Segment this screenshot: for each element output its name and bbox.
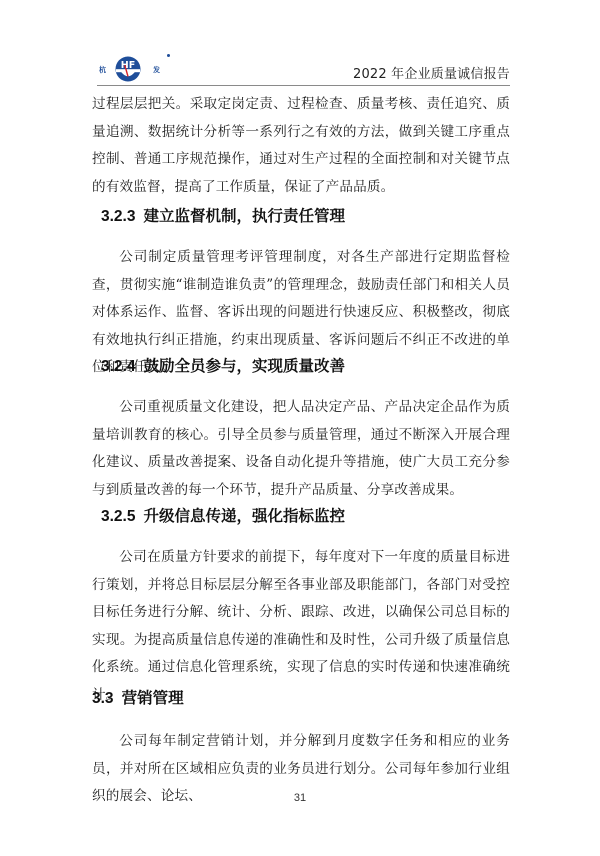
section-paragraph-3-2-4: 公司重视质量文化建设，把人品决定产品、产品决定企品作为质量培训教育的核心。引导全… bbox=[92, 394, 510, 504]
intro-paragraph: 过程层层把关。采取定岗定责、过程检查、质量考核、责任追究、质量追溯、数据统计分析… bbox=[92, 91, 510, 201]
section-heading-3-2-3: 3.2.3建立监督机制，执行责任管理 bbox=[101, 204, 345, 226]
svg-text:HF: HF bbox=[121, 60, 135, 71]
report-title: 2022 年企业质量诚信报告 bbox=[353, 63, 510, 82]
section-heading-3-3: 3.3营销管理 bbox=[92, 686, 184, 708]
hf-emblem-icon: HF bbox=[115, 56, 141, 82]
section-number: 3.2.4 bbox=[101, 358, 135, 375]
section-title: 建立监督机制，执行责任管理 bbox=[143, 207, 345, 225]
company-logo: 杭 HF 发 bbox=[97, 54, 177, 82]
section-number: 3.3 bbox=[92, 690, 114, 707]
logo-left-character: 杭 bbox=[99, 65, 106, 75]
section-heading-3-2-5: 3.2.5升级信息传递，强化指标监控 bbox=[101, 504, 345, 526]
section-number: 3.2.3 bbox=[101, 208, 135, 225]
page-number: 31 bbox=[0, 792, 600, 804]
section-title: 升级信息传递，强化指标监控 bbox=[143, 507, 345, 525]
section-heading-3-2-4: 3.2.4鼓励全员参与，实现质量改善 bbox=[101, 354, 345, 376]
section-title: 营销管理 bbox=[122, 689, 184, 707]
logo-right-character: 发 bbox=[153, 65, 160, 75]
section-paragraph-3-2-5: 公司在质量方针要求的前提下，每年度对下一年度的质量目标进行策划，并将总目标层层分… bbox=[92, 544, 510, 710]
section-title: 鼓励全员参与，实现质量改善 bbox=[143, 357, 345, 375]
page-header: 杭 HF 发 2022 年企业质量诚信报告 bbox=[97, 50, 510, 86]
document-page: 杭 HF 发 2022 年企业质量诚信报告 过程层层把关。采取定岗定责、过程检查… bbox=[0, 0, 600, 856]
section-number: 3.2.5 bbox=[101, 508, 135, 525]
registered-mark-icon bbox=[167, 54, 170, 57]
